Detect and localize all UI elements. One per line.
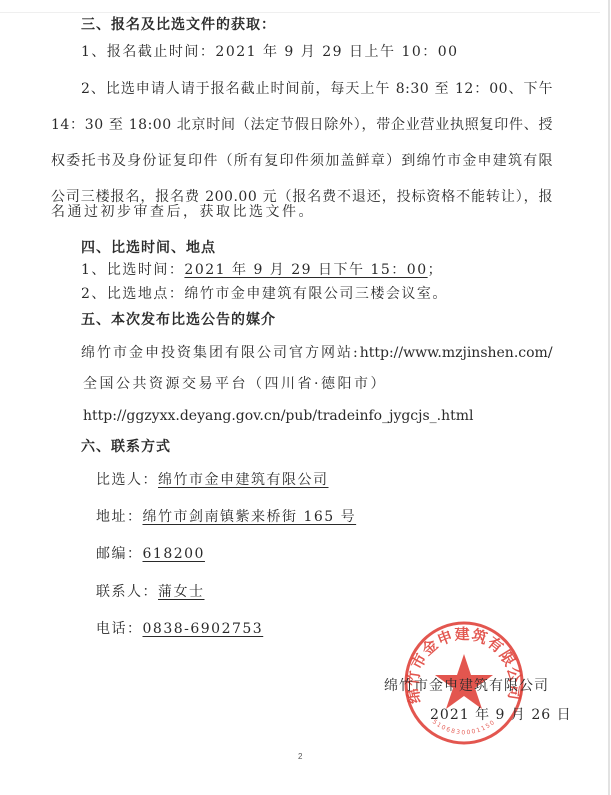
contact-address: 地址：绵竹市剑南镇紫来桥街 165 号 bbox=[96, 508, 356, 526]
section3-item2-line1: 2、比选申请人请于报名截止时间前，每天上午 8:30 至 12：00、下午 bbox=[81, 80, 553, 98]
contact-bidder-value: 绵竹市金申建筑有限公司 bbox=[158, 472, 329, 488]
media2-link[interactable]: http://ggzyxx.deyang.gov.cn/pub/tradeinf… bbox=[83, 407, 474, 425]
section4-item2: 2、比选地点：绵竹市金申建筑有限公司三楼会议室。 bbox=[81, 285, 448, 303]
contact-person-label: 联系人： bbox=[96, 584, 158, 600]
contact-bidder: 比选人：绵竹市金申建筑有限公司 bbox=[96, 471, 329, 489]
signature-date: 2021 年 9 月 26 日 bbox=[430, 704, 572, 724]
contact-person-value: 蒲女士 bbox=[158, 584, 205, 600]
media1-link[interactable]: http://www.mzjinshen.com/ bbox=[360, 345, 553, 361]
media2-label: 全国公共资源交易平台（四川省·德阳市） bbox=[83, 375, 387, 393]
section4-item1-suffix: ； bbox=[428, 262, 444, 278]
section6-heading: 六、联系方式 bbox=[81, 438, 171, 456]
section4-item1-label: 1、比选时间： bbox=[81, 262, 184, 278]
page-number: 2 bbox=[298, 752, 302, 761]
contact-phone-value: 0838-6902753 bbox=[143, 621, 264, 637]
contact-phone-label: 电话： bbox=[96, 621, 143, 637]
section3-item2-line5: 名通过初步审查后，获取比选文件。 bbox=[51, 203, 315, 221]
page-right-edge bbox=[608, 0, 610, 795]
section3-item2-line2: 14：30 至 18:00 北京时间（法定节假日除外），带企业营业执照复印件、授 bbox=[51, 116, 553, 134]
section4-item1: 1、比选时间：2021 年 9 月 29 日下午 15：00； bbox=[81, 261, 443, 279]
section3-heading: 三、报名及比选文件的获取： bbox=[81, 16, 276, 34]
section5-heading: 五、本次发布比选公告的媒介 bbox=[81, 311, 276, 329]
bidding-time-value: 2021 年 9 月 29 日下午 15：00 bbox=[184, 262, 427, 278]
contact-person: 联系人：蒲女士 bbox=[96, 583, 205, 601]
signature-company: 绵竹市金申建筑有限公司 bbox=[384, 675, 549, 695]
contact-address-label: 地址： bbox=[96, 509, 143, 525]
contact-phone: 电话：0838-6902753 bbox=[96, 620, 263, 638]
contact-postcode: 邮编：618200 bbox=[96, 545, 205, 563]
section4-heading: 四、比选时间、地点 bbox=[81, 239, 216, 257]
media1: 绵竹市金申投资集团有限公司官方网站:http://www.mzjinshen.c… bbox=[81, 344, 553, 362]
section3-item1: 1、报名截止时间：2021 年 9 月 29 日上午 10：00 bbox=[81, 43, 459, 61]
contact-address-value: 绵竹市剑南镇紫来桥街 165 号 bbox=[143, 509, 357, 525]
contact-postcode-value: 618200 bbox=[143, 546, 205, 562]
page-top-edge bbox=[0, 12, 600, 13]
media1-label: 绵竹市金申投资集团有限公司官方网站: bbox=[81, 345, 360, 361]
section3-item2-line3: 权委托书及身份证复印件（所有复印件须加盖鲜章）到绵竹市金申建筑有限 bbox=[51, 152, 553, 170]
contact-bidder-label: 比选人： bbox=[96, 472, 158, 488]
contact-postcode-label: 邮编： bbox=[96, 546, 143, 562]
